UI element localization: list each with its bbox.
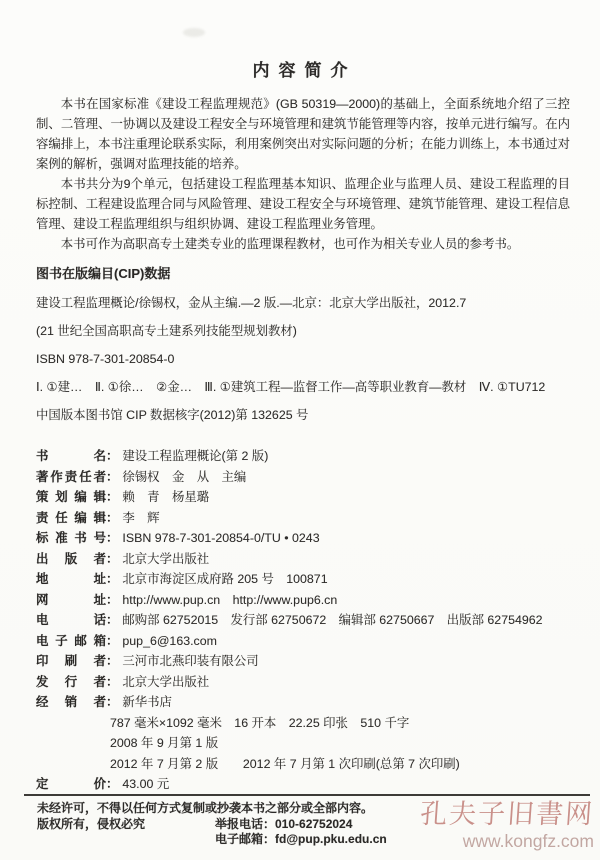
summary-paragraphs: 本书在国家标准《建设工程监理规范》(GB 50319—2000)的基础上，全面系… xyxy=(36,94,570,254)
colophon-label: 网址 xyxy=(36,590,106,608)
colophon-row-website: 网址：http://www.pup.cn http://www.pup6.cn xyxy=(36,590,576,611)
colophon-row-address: 地址：北京市海淀区成府路 205 号 100871 xyxy=(36,569,576,590)
scan-smudge xyxy=(183,28,205,37)
colophon-row-book-title: 书名：建设工程监理概论(第 2 版) xyxy=(36,446,576,467)
colophon-row-authors: 著作责任者：徐锡权 金 从 主编 xyxy=(36,467,576,488)
colophon-row-printer: 印刷者：三河市北燕印装有限公司 xyxy=(36,651,576,672)
colophon-label: 著作责任者 xyxy=(36,467,106,485)
colophon-value: 北京大学出版社 xyxy=(122,549,209,567)
colophon-label: 电子邮箱 xyxy=(36,631,106,649)
colophon-label: 书名 xyxy=(36,446,106,464)
colophon-row-isbn: 标准书号：ISBN 978-7-301-20854-0/TU • 0243 xyxy=(36,528,576,549)
colophon-row-seller: 经销者：新华书店 xyxy=(36,692,576,713)
colophon-label: 出版者 xyxy=(36,549,106,567)
colophon-colon: ： xyxy=(106,692,118,710)
report-phone: 举报电话：010-62752024 xyxy=(215,817,352,833)
colophon-colon: ： xyxy=(106,774,118,792)
colophon-value: 赖 青 杨星璐 xyxy=(122,487,209,505)
colophon-colon: ： xyxy=(106,508,118,526)
colophon-label: 发行者 xyxy=(36,672,106,690)
cip-title-line: 建设工程监理概论/徐锡权，金从主编.—2 版.—北京：北京大学出版社，2012.… xyxy=(36,297,570,310)
cip-block: 图书在版编目(CIP)数据 建设工程监理概论/徐锡权，金从主编.—2 版.—北京… xyxy=(36,266,570,422)
cip-classification-line: Ⅰ. ①建… Ⅱ. ①徐… ②金… Ⅲ. ①建筑工程—监督工作—高等职业教育—教… xyxy=(36,381,570,394)
colophon-colon: ： xyxy=(106,590,118,608)
colophon-row-planning-editors: 策划编辑：赖 青 杨星璐 xyxy=(36,487,576,508)
colophon-value: 徐锡权 金 从 主编 xyxy=(122,467,246,485)
colophon-label: 地址 xyxy=(36,569,106,587)
summary-paragraph: 本书可作为高职高专土建类专业的监理课程教材，也可作为相关专业人员的参考书。 xyxy=(36,234,570,254)
book-copyright-page: 内容简介 本书在国家标准《建设工程监理规范》(GB 50319—2000)的基础… xyxy=(0,0,600,860)
colophon-value: 787 毫米×1092 毫米 16 开本 22.25 印张 510 千字 xyxy=(110,713,409,731)
colophon-label: 定价 xyxy=(36,774,106,792)
colophon-label: 印刷者 xyxy=(36,651,106,669)
colophon-value: ISBN 978-7-301-20854-0/TU • 0243 xyxy=(122,531,319,545)
colophon-colon: ： xyxy=(106,467,118,485)
cip-record-number-line: 中国版本图书馆 CIP 数据核字(2012)第 132625 号 xyxy=(36,409,570,422)
colophon-value: 三河市北燕印装有限公司 xyxy=(122,651,258,669)
colophon-row-email: 电子邮箱：pup_6@163.com xyxy=(36,631,576,652)
colophon-value: 北京市海淀区成府路 205 号 100871 xyxy=(122,569,327,587)
colophon-colon: ： xyxy=(106,528,118,546)
report-email: 电子邮箱：fd@pup.pku.edu.cn xyxy=(215,832,387,848)
colophon-colon: ： xyxy=(106,672,118,690)
colophon-colon: ： xyxy=(106,651,118,669)
colophon-value: pup_6@163.com xyxy=(122,634,217,648)
colophon-row-distributor: 发行者：北京大学出版社 xyxy=(36,672,576,693)
colophon-label: 经销者 xyxy=(36,692,106,710)
colophon-row-format-spec: 787 毫米×1092 毫米 16 开本 22.25 印张 510 千字 xyxy=(36,713,576,734)
colophon-colon: ： xyxy=(106,569,118,587)
summary-paragraph: 本书在国家标准《建设工程监理规范》(GB 50319—2000)的基础上，全面系… xyxy=(36,94,570,174)
kongfz-watermark-name: 孔夫子旧書网 xyxy=(419,801,595,829)
colophon-value: http://www.pup.cn http://www.pup6.cn xyxy=(122,590,337,608)
colophon-label: 责任编辑 xyxy=(36,508,106,526)
colophon-row-price: 定价：43.00 元 xyxy=(36,774,576,795)
rights-statement: 版权所有，侵权必究 xyxy=(37,817,215,833)
cip-series-line: (21 世纪全国高职高专土建系列技能型规划教材) xyxy=(36,325,570,338)
colophon-row-phones: 电话：邮购部 62752015 发行部 62750672 编辑部 6275066… xyxy=(36,610,576,631)
colophon-label: 策划编辑 xyxy=(36,487,106,505)
kongfz-watermark-url: www.kongfz.com xyxy=(420,832,594,850)
colophon-value: 建设工程监理概论(第 2 版) xyxy=(122,446,268,464)
colophon-label: 标准书号 xyxy=(36,528,106,546)
colophon-table: 书名：建设工程监理概论(第 2 版) 著作责任者：徐锡权 金 从 主编 策划编辑… xyxy=(36,446,576,795)
colophon-label: 电话 xyxy=(36,610,106,628)
colophon-row-responsible-editor: 责任编辑：李 辉 xyxy=(36,508,576,529)
colophon-colon: ： xyxy=(106,549,118,567)
cip-heading: 图书在版编目(CIP)数据 xyxy=(36,266,570,282)
summary-title: 内容简介 xyxy=(0,0,600,82)
colophon-value: 2012 年 7 月第 2 版 2012 年 7 月第 1 次印刷(总第 7 次… xyxy=(110,754,460,772)
kongfz-watermark: 孔夫子旧書网 www.kongfz.com xyxy=(420,801,594,850)
colophon-value: 新华书店 xyxy=(122,692,172,710)
colophon-row-publisher: 出版者：北京大学出版社 xyxy=(36,549,576,570)
cip-isbn-line: ISBN 978-7-301-20854-0 xyxy=(36,353,570,366)
colophon-row-second-edition: 2012 年 7 月第 2 版 2012 年 7 月第 1 次印刷(总第 7 次… xyxy=(36,754,576,775)
colophon-row-first-edition: 2008 年 9 月第 1 版 xyxy=(36,733,576,754)
colophon-colon: ： xyxy=(106,610,118,628)
colophon-value: 李 辉 xyxy=(122,508,159,526)
colophon-value: 邮购部 62752015 发行部 62750672 编辑部 62750667 出… xyxy=(122,610,542,628)
colophon-colon: ： xyxy=(106,487,118,505)
colophon-value: 43.00 元 xyxy=(122,774,169,792)
colophon-colon: ： xyxy=(106,631,118,649)
colophon-colon: ： xyxy=(106,446,118,464)
summary-paragraph: 本书共分为9个单元，包括建设工程监理基本知识、监理企业与监理人员、建设工程监理的… xyxy=(36,174,570,234)
colophon-value: 北京大学出版社 xyxy=(122,672,209,690)
colophon-value: 2008 年 9 月第 1 版 xyxy=(110,733,218,751)
